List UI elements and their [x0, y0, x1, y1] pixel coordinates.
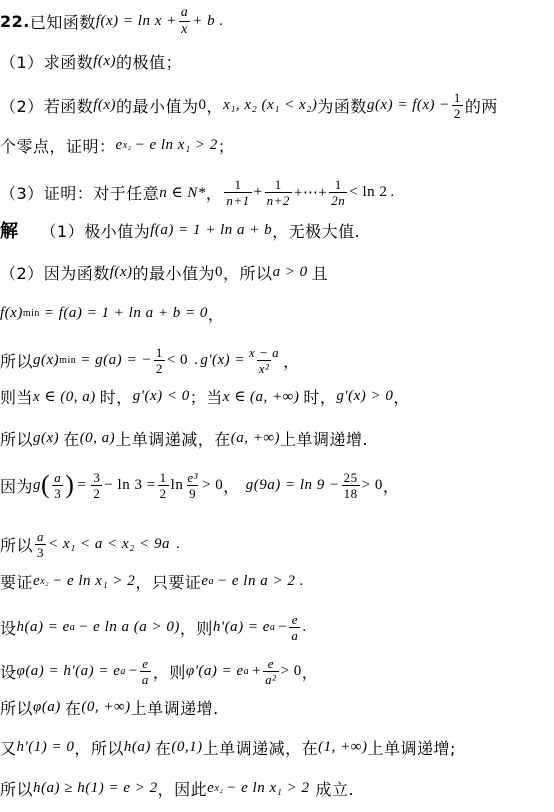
right-paren: ) — [65, 472, 74, 498]
problem-part-2-line-2: 个零点，证明： ex₂ − e ln x₁ > 2 ； — [0, 130, 234, 160]
solution-part-2-line-10: 设 φ(a) = h'(a) = ea − e a ，则 φ'(a) = ea … — [0, 651, 318, 691]
fraction-a-over-x: a x — [179, 6, 191, 37]
solution-part-2-line-9: 设 h(a) = ea − e ln a (a > 0) ，则 h'(a) = … — [0, 608, 307, 646]
solution-label: 解 — [0, 217, 19, 243]
solution-part-2-line-12: 又 h'(1) = 0 ，所以 h(a) 在 (0,1) 上单调递减，在 (1,… — [0, 732, 456, 762]
fraction-one-half: 1 2 — [154, 346, 165, 375]
problem-intro: 22. 已知函数 f(x) = ln x + a x + b . — [0, 6, 223, 36]
solution-part-2-line-11: 所以 φ(a) 在 (0, +∞) 上单调递增. — [0, 692, 219, 722]
solution-part-2-line-5: 所以 g(x) 在 (0, a) 上单调递减，在 (a, +∞) 上单调递增. — [0, 423, 368, 453]
fraction-e-over-a: e a — [289, 613, 300, 642]
problem-part-2-line-1: （2） 若函数 f(x) 的最小值为 0 ， x₁, x₂ (x₁ < x₂) … — [0, 90, 498, 120]
problem-part-3: （3） 证明：对于任意 n ∈ N* ， 1 n+1 + 1 n+2 +⋯+ 1… — [0, 172, 395, 212]
fraction-3-over-2: 3 2 — [91, 471, 102, 500]
fraction-e3-over-9: e³ 9 — [185, 471, 200, 500]
solution-part-2-line-7: 所以 a 3 < x₁ < a < x₂ < 9a . — [0, 524, 180, 564]
fraction-derivative: x − a x² — [247, 346, 281, 375]
fraction-1-over-n-plus-1: 1 n+1 — [224, 178, 251, 207]
solution-part-2-line-1: （2） 因为函数 f(x) 的最小值为 0 ，所以 a > 0 且 — [0, 257, 328, 287]
fraction-e-over-a-squared: e a² — [263, 657, 278, 686]
fraction-1-over-n-plus-2: 1 n+2 — [265, 178, 292, 207]
fraction-e-over-a: e a — [140, 657, 151, 686]
solution-part-2-line-8: 要证 ex₂ − e ln x₁ > 2 ，只要证 ea − e ln a > … — [0, 566, 304, 596]
problem-number: 22. — [0, 12, 30, 31]
problem-part-1: （1） 求函数 f(x) 的极值； — [0, 46, 182, 76]
fraction-1-over-2: 1 2 — [158, 471, 169, 500]
solution-part-2-line-13: 所以 h(a) ≥ h(1) = e > 2 ，因此 ex₂ − e ln x₁… — [0, 773, 354, 803]
left-paren: ( — [41, 472, 50, 498]
solution-part-1: 解 （1） 极小值为 f(a) = 1 + ln a + b ，无极大值. — [0, 215, 360, 245]
fraction-a-over-3: a 3 — [35, 530, 46, 559]
solution-part-2-line-3: 所以 g(x)min = g(a) = − 1 2 < 0 . g'(x) = … — [0, 340, 300, 380]
fraction-1-over-2n: 1 2n — [329, 178, 347, 207]
solution-part-2-line-4: 则当 x ∈ (0, a) 时， g'(x) < 0 ；当 x ∈ (a, +∞… — [0, 381, 410, 411]
solution-part-2-line-2: f(x)min = f(a) = 1 + ln a + b = 0 ， — [0, 298, 224, 328]
fraction-25-over-18: 25 18 — [342, 471, 360, 500]
fraction-a-over-3: a 3 — [52, 471, 63, 500]
solution-part-2-line-6: 因为 g ( a 3 ) = 3 2 − ln 3 = 1 2 ln e³ 9 … — [0, 462, 399, 508]
fraction-one-half: 1 2 — [452, 91, 463, 120]
